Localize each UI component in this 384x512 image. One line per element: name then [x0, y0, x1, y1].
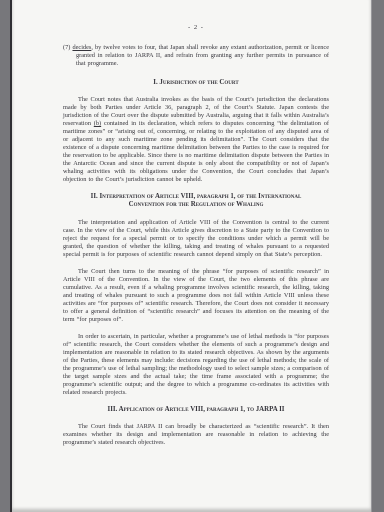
- operative-verb: decides: [72, 44, 91, 51]
- viewer-background: - 2 - (7) decides, by twelve votes to fo…: [0, 0, 384, 512]
- jurisdiction-text-after: contained in its declaration, which refe…: [63, 120, 329, 183]
- paragraph-interpretation-2: The Court then turns to the meaning of t…: [63, 268, 329, 324]
- section-heading-jurisdiction: I. Jurisdiction of the Court: [63, 79, 329, 87]
- section-heading-interpretation: II. Interpretation of Article VIII, para…: [63, 193, 329, 209]
- page-number: - 2 -: [63, 24, 329, 31]
- paragraph-jurisdiction: The Court notes that Australia invokes a…: [63, 96, 329, 184]
- operative-text: , by twelve votes to four, that Japan sh…: [76, 44, 329, 67]
- clause-marker: (7): [63, 44, 70, 51]
- paragraph-application-1: The Court finds that JARPA II can broadl…: [63, 423, 329, 447]
- operative-clause-7: (7) decides, by twelve votes to four, th…: [63, 44, 329, 68]
- reservation-marker: (b): [94, 120, 101, 127]
- section-heading-application: III. Application of Article VIII, paragr…: [63, 406, 329, 414]
- paragraph-interpretation-1: The interpretation and application of Ar…: [63, 219, 329, 259]
- paragraph-interpretation-3: In order to ascertain, in particular, wh…: [63, 333, 329, 397]
- document-page: - 2 - (7) decides, by twelve votes to fo…: [10, 0, 372, 512]
